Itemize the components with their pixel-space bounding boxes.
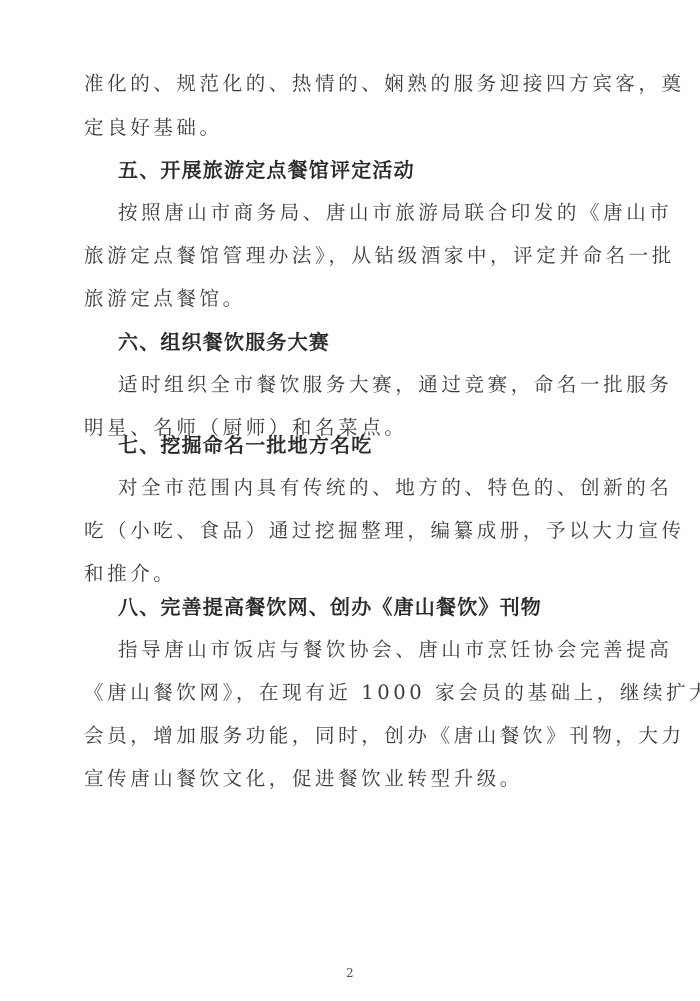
paragraph-line: 定良好基础。	[84, 116, 223, 140]
paragraph-line: 旅游定点餐馆管理办法》，从钻级酒家中，评定并命名一批	[84, 244, 675, 268]
paragraph-line: 准化的、规范化的、热情的、娴熟的服务迎接四方宾客，奠	[84, 72, 685, 96]
page-number: 2	[346, 966, 354, 980]
section-heading-7: 七、挖掘命名一批地方名吃	[118, 433, 372, 457]
paragraph-line: 会员，增加服务功能，同时，创办《唐山餐饮》刊物，大力	[84, 724, 685, 748]
paragraph-line: 吃（小吃、食品）通过挖掘整理，编纂成册，予以大力宣传	[84, 519, 685, 543]
section-heading-8: 八、完善提高餐饮网、创办《唐山餐饮》刊物	[118, 595, 542, 619]
section-heading-6: 六、组织餐饮服务大赛	[118, 330, 330, 354]
paragraph-line: 《唐山餐饮网》，在现有近 1000 家会员的基础上，继续扩大	[84, 681, 700, 705]
paragraph-line: 对全市范围内具有传统的、地方的、特色的、创新的名	[118, 476, 672, 500]
paragraph-line: 适时组织全市餐饮服务大赛，通过竞赛，命名一批服务	[118, 373, 672, 397]
section-heading-5: 五、开展旅游定点餐馆评定活动	[118, 158, 415, 182]
paragraph-line: 宣传唐山餐饮文化，促进餐饮业转型升级。	[84, 767, 523, 791]
paragraph-line: 和推介。	[84, 562, 176, 586]
paragraph-line: 旅游定点餐馆。	[84, 287, 246, 311]
paragraph-line: 按照唐山市商务局、唐山市旅游局联合印发的《唐山市	[118, 201, 672, 225]
paragraph-line: 指导唐山市饭店与餐饮协会、唐山市烹饪协会完善提高	[118, 638, 672, 662]
